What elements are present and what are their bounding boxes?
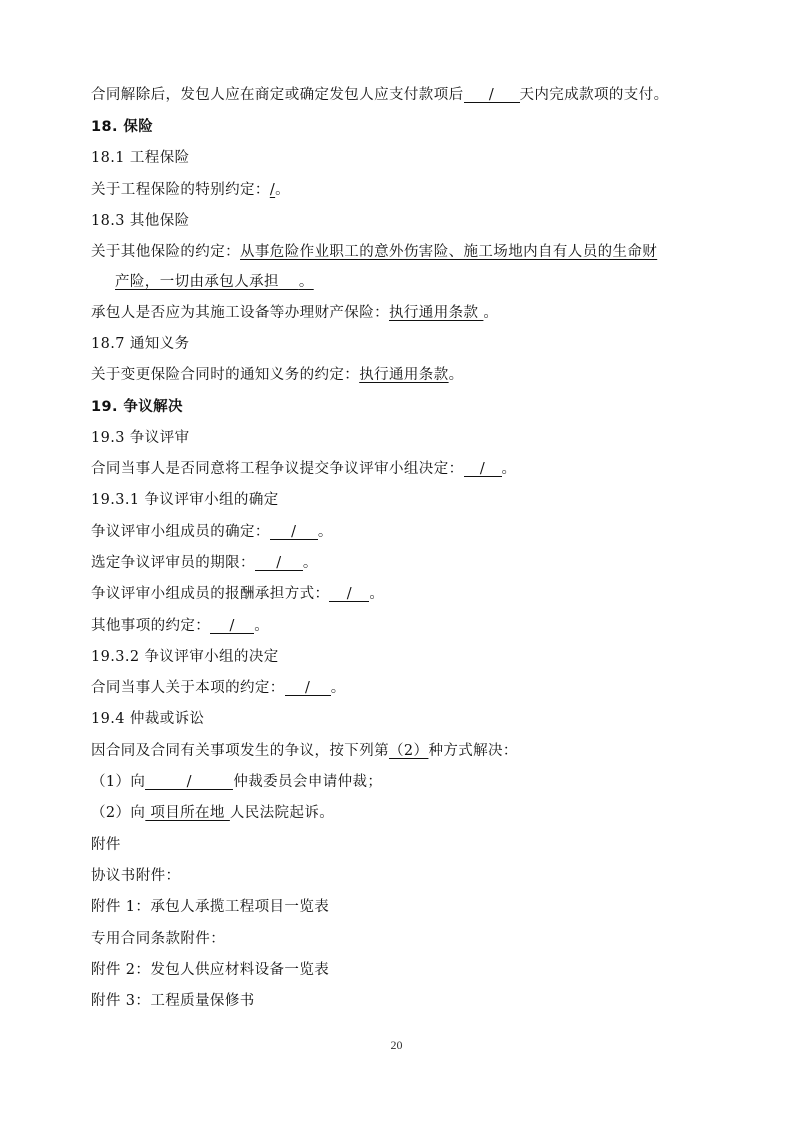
equipment-insurance-clause: 承包人是否应为其施工设备等办理财产保险：执行通用条款 。 <box>91 303 498 323</box>
panel-members-clause: 争议评审小组成员的确定：/。 <box>91 522 333 542</box>
clause-text: 合同当事人是否同意将工程争议提交争议评审小组决定： <box>91 461 464 477</box>
attachment-2: 附件 2：发包人供应材料设备一览表 <box>91 960 329 980</box>
clause-text: 天内完成款项的支付。 <box>520 87 669 103</box>
filled-value: 项目所在地 <box>145 805 230 821</box>
clause-text: 。 <box>275 182 290 198</box>
reviewer-deadline-clause: 选定争议评审员的期限：/。 <box>91 553 318 573</box>
blank-field: / <box>285 678 331 696</box>
other-insurance-clause: 关于其他保险的约定：从事危险作业职工的意外伤害险、施工场地内自有人员的生命财 <box>91 242 657 262</box>
clause-text: 。 <box>449 367 464 383</box>
blank-field-days: / <box>464 85 520 103</box>
blank-field: / <box>270 522 318 540</box>
clause-text: 。 <box>483 305 498 321</box>
option-label: （1）向 <box>91 774 145 790</box>
clause-text: 关于工程保险的特别约定： <box>91 182 270 198</box>
panel-remuneration-clause: 争议评审小组成员的报酬承担方式：/。 <box>91 584 384 604</box>
resolution-method-clause: 因合同及合同有关事项发生的争议，按下列第（2）种方式解决： <box>91 741 518 761</box>
payment-after-termination-clause: 合同解除后，发包人应在商定或确定发包人应支付款项后/天内完成款项的支付。 <box>91 85 669 105</box>
filled-value: 执行通用条款 <box>359 367 448 383</box>
blank-field: / <box>210 616 254 634</box>
clause-text: 因合同及合同有关事项发生的争议，按下列第 <box>91 743 389 759</box>
section-heading-18-insurance: 18. 保险 <box>91 117 153 137</box>
blank-field: / <box>255 553 303 571</box>
clause-text: 。 <box>254 618 269 634</box>
clause-text: 争议评审小组成员的报酬承担方式： <box>91 586 329 602</box>
subsection-19-4-title: 19.4 仲裁或诉讼 <box>91 709 204 729</box>
clause-text: 承包人是否应为其施工设备等办理财产保险： <box>91 305 389 321</box>
filled-value: （2） <box>389 743 428 759</box>
clause-text: 仲裁委员会申请仲裁； <box>233 774 382 790</box>
attachments-heading: 附件 <box>91 835 121 855</box>
other-insurance-clause-continued: 产险，一切由承包人承担 。 <box>115 272 314 292</box>
filled-value: 执行通用条款 <box>389 305 483 321</box>
clause-text: 。 <box>502 461 517 477</box>
special-terms-attachments-label: 专用合同条款附件： <box>91 929 225 949</box>
document-page: 合同解除后，发包人应在商定或确定发包人应支付款项后/天内完成款项的支付。 18.… <box>0 0 793 1122</box>
clause-text: 选定争议评审员的期限： <box>91 555 255 571</box>
clause-text: 合同解除后，发包人应在商定或确定发包人应支付款项后 <box>91 87 464 103</box>
attachment-3: 附件 3：工程质量保修书 <box>91 991 255 1011</box>
clause-text: 。 <box>303 555 318 571</box>
clause-text: 合同当事人关于本项的约定： <box>91 680 285 696</box>
subsection-18-7-title: 18.7 通知义务 <box>91 334 190 354</box>
subsection-18-1-title: 18.1 工程保险 <box>91 148 190 168</box>
clause-text: 。 <box>369 586 384 602</box>
other-matters-clause: 其他事项的约定：/。 <box>91 616 269 636</box>
clause-text: 其他事项的约定： <box>91 618 210 634</box>
agreement-attachments-label: 协议书附件： <box>91 866 180 886</box>
attachment-1: 附件 1：承包人承揽工程项目一览表 <box>91 897 329 917</box>
subsection-19-3-1-title: 19.3.1 争议评审小组的确定 <box>91 490 279 510</box>
blank-field: / <box>329 584 369 602</box>
clause-text: 关于变更保险合同时的通知义务的约定： <box>91 367 359 383</box>
clause-text: 。 <box>331 680 346 696</box>
page-number: 20 <box>0 1038 793 1053</box>
panel-decision-clause: 合同当事人关于本项的约定：/。 <box>91 678 346 698</box>
filled-value: 从事危险作业职工的意外伤害险、施工场地内自有人员的生命财 <box>240 244 657 260</box>
clause-text: 关于其他保险的约定： <box>91 244 240 260</box>
blank-field-arbitration-committee: / <box>145 772 233 790</box>
blank-field: / <box>464 459 502 477</box>
clause-text: 。 <box>299 274 314 290</box>
clause-text: 。 <box>318 524 333 540</box>
clause-text: 争议评审小组成员的确定： <box>91 524 270 540</box>
litigation-option: （2）向 项目所在地 人民法院起诉。 <box>91 803 334 823</box>
subsection-19-3-2-title: 19.3.2 争议评审小组的决定 <box>91 647 279 667</box>
engineering-insurance-clause: 关于工程保险的特别约定：/。 <box>91 180 290 200</box>
option-label: （2）向 <box>91 805 145 821</box>
dispute-review-consent-clause: 合同当事人是否同意将工程争议提交争议评审小组决定：/。 <box>91 459 516 479</box>
subsection-18-3-title: 18.3 其他保险 <box>91 211 190 231</box>
notification-obligation-clause: 关于变更保险合同时的通知义务的约定：执行通用条款。 <box>91 365 464 385</box>
arbitration-option: （1）向/仲裁委员会申请仲裁； <box>91 772 382 792</box>
clause-text: 种方式解决： <box>428 743 517 759</box>
clause-text: 人民法院起诉。 <box>230 805 334 821</box>
section-heading-19-dispute: 19. 争议解决 <box>91 397 183 417</box>
filled-value: 产险，一切由承包人承担 <box>115 274 299 290</box>
subsection-19-3-title: 19.3 争议评审 <box>91 428 190 448</box>
